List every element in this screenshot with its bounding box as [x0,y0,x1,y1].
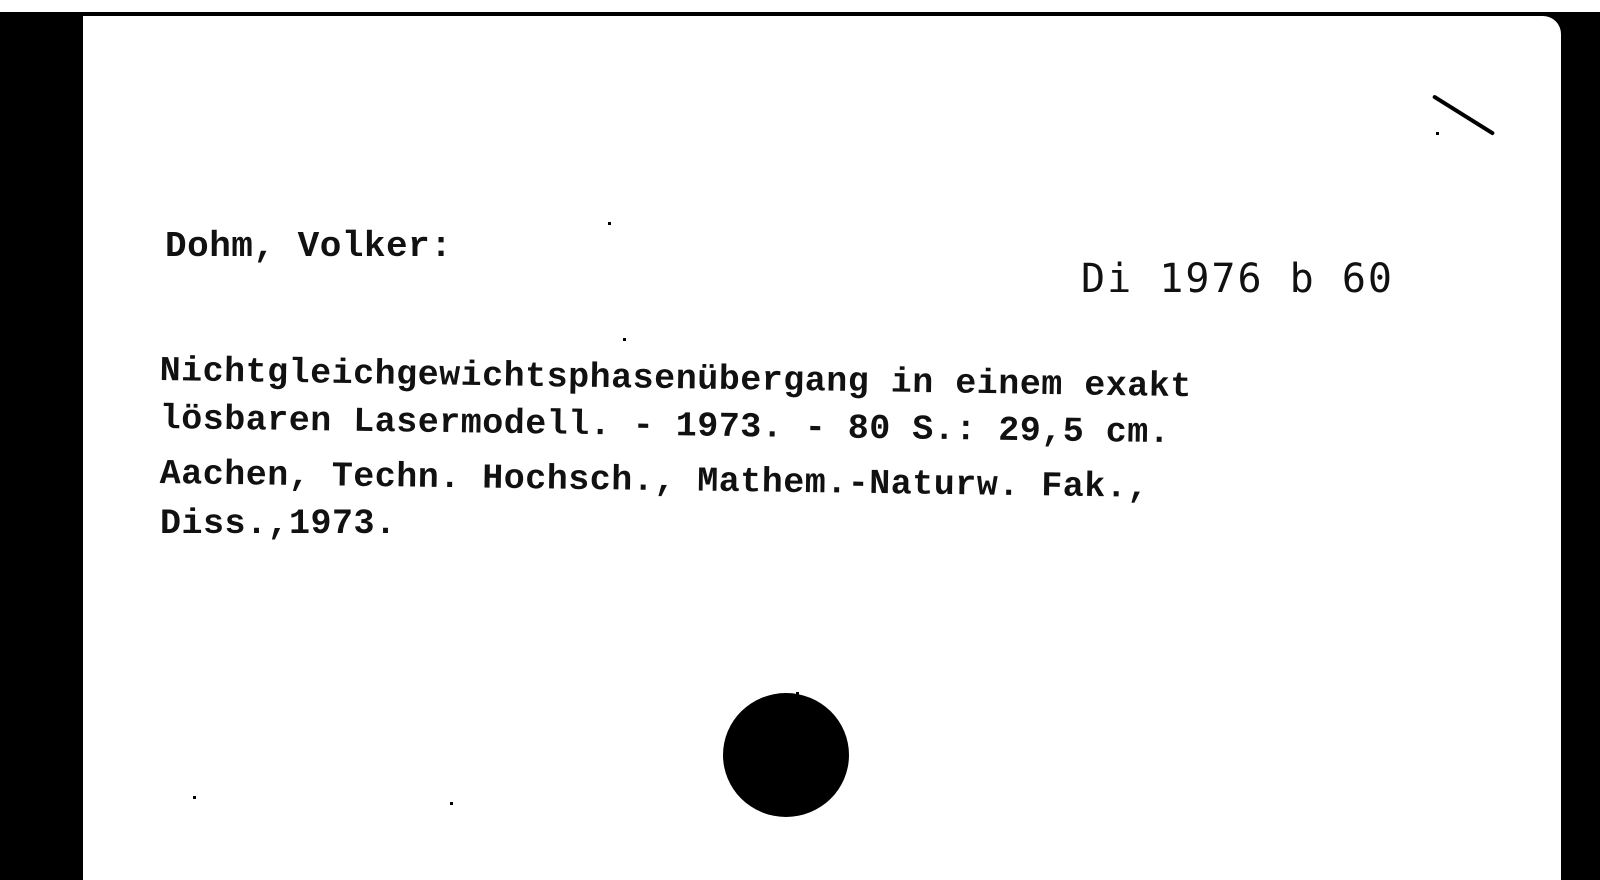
author-heading: Dohm, Volker: [165,226,452,267]
speck [623,338,626,341]
speck [450,802,453,805]
institution-line: Aachen, Techn. Hochsch., Mathem.-Naturw.… [159,454,1149,508]
catalog-card: Dohm, Volker: Di 1976 b 60 Nichtgleichge… [83,16,1561,880]
speck [1436,132,1439,135]
title-line: Nichtgleichgewichtsphasenübergang in ein… [159,351,1192,407]
speck [193,796,196,799]
imprint-line: lösbaren Lasermodell. - 1973. - 80 S.: 2… [159,399,1170,453]
shelfmark: Di 1976 b 60 [1081,256,1394,302]
punch-hole [723,693,849,817]
speck [608,222,611,225]
thesis-note-line: Diss.,1973. [160,504,397,544]
pen-mark [1432,94,1495,136]
